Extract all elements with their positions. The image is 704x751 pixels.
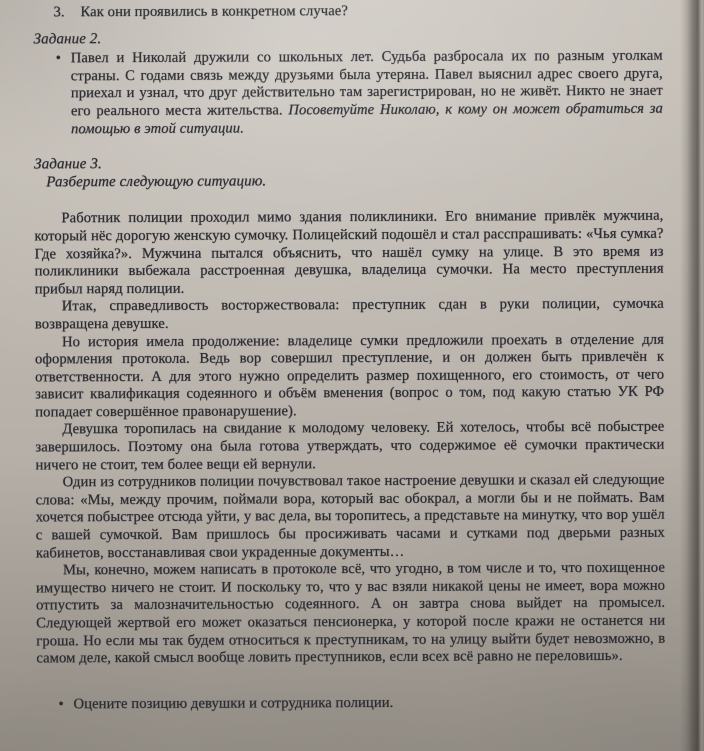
story-paragraph: Мы, конечно, можем написать в протоколе … <box>36 560 665 668</box>
task2-bullet-item: • Павел и Николай дружили со школьных ле… <box>34 48 663 139</box>
task3-final-task-text: Оцените позицию девушки и сотрудника пол… <box>73 693 665 713</box>
task3-subheading: Разберите следующую ситуацию. <box>46 171 663 191</box>
task3-final-bullet-item: • Оцените позицию девушки и сотрудника п… <box>36 693 665 713</box>
task2-bullet-text: Павел и Николай дружили со школьных лет.… <box>71 48 663 139</box>
story-paragraph: Итак, справедливость восторжествовала: п… <box>35 296 664 334</box>
bullet-icon: • <box>56 50 71 138</box>
story-paragraph: Но история имела продолжение: владелице … <box>35 331 664 422</box>
task2-heading: Задание 2. <box>34 28 663 48</box>
page-edge-shadow <box>680 0 704 751</box>
question-number: 3. <box>53 4 80 22</box>
photographed-document-page: 3. Как они проявились в конкретном случа… <box>0 0 704 751</box>
question-item-3: 3. Как они проявились в конкретном случа… <box>53 2 662 22</box>
situation-story: Работник полиции проходил мимо здания по… <box>34 208 665 668</box>
page-text-block: 3. Как они проявились в конкретном случа… <box>0 0 704 714</box>
story-paragraph: Работник полиции проходил мимо здания по… <box>34 208 663 299</box>
bullet-icon: • <box>58 696 73 714</box>
story-paragraph: Девушка торопилась на свидание к молодом… <box>35 419 664 475</box>
question-text: Как они проявились в конкретном случае? <box>80 3 347 22</box>
story-paragraph: Один из сотрудников полиции почувствовал… <box>36 472 665 563</box>
